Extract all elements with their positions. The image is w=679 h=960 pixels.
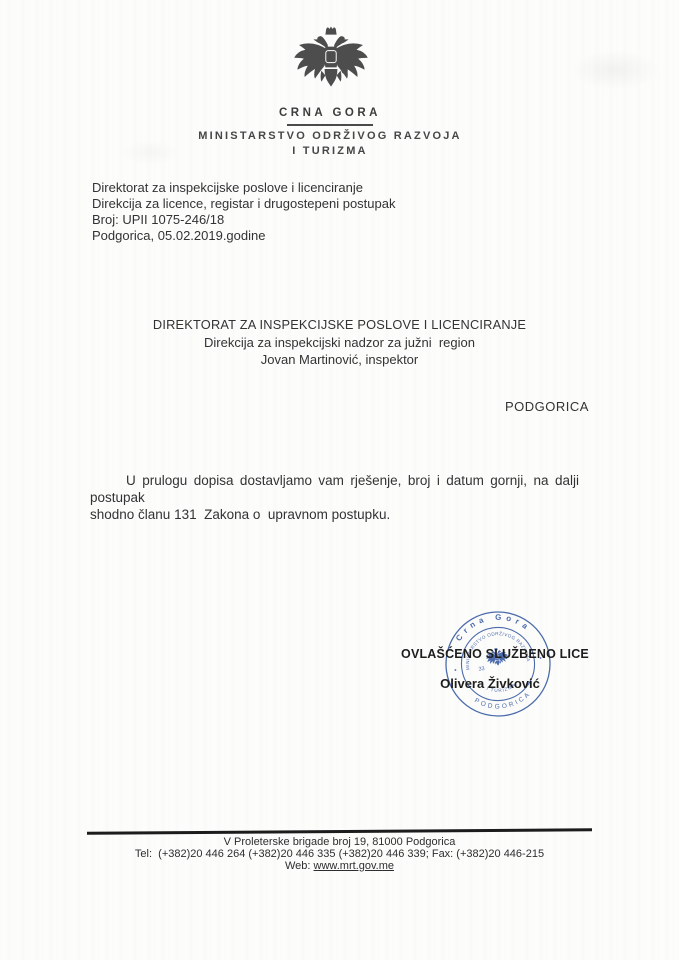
recipient-city: PODGORICA [505, 399, 589, 414]
svg-text:PODGORICA: PODGORICA [472, 689, 534, 714]
scan-smudge [570, 50, 660, 90]
stamp-city-text: PODGORICA [472, 689, 534, 714]
ministry-line1: MINISTARSTVO ODRŽIVOG RAZVOJA [155, 129, 505, 144]
case-number: Broj: UPII 1075-246/18 [92, 212, 396, 228]
place-and-date: Podgorica, 05.02.2019.godine [92, 228, 396, 244]
ministry-name: MINISTARSTVO ODRŽIVOG RAZVOJA I TURIZMA [155, 129, 505, 159]
letter-body: U prulogu dopisa dostavljamo vam rješenj… [90, 472, 579, 523]
ministry-round-stamp: Crna Gora PODGORICA MINISTARSTVO ODRŽIVO… [437, 603, 559, 725]
footer-web-label: Web: [285, 860, 310, 872]
scanned-letter-page: CRNA GORA MINISTARSTVO ODRŽIVOG RAZVOJA … [0, 0, 679, 960]
country-name: CRNA GORA [180, 107, 480, 119]
footer-web-link: www.mrt.gov.me [314, 860, 394, 872]
body-line2: shodno članu 131 Zakona o upravnom postu… [90, 506, 579, 523]
recipient-inspector: Jovan Martinović, inspektor [0, 351, 679, 369]
sender-direction: Direkcija za licence, registar i drugost… [92, 196, 396, 212]
recipient-directorate: DIREKTORAT ZA INSPEKCIJSKE POSLOVE I LIC… [0, 316, 679, 334]
footer-block: V Proleterske brigade broj 19, 81000 Pod… [0, 837, 679, 872]
body-line1: U prulogu dopisa dostavljamo vam rješenj… [90, 472, 579, 506]
stamp-country-text: Crna Gora [451, 608, 533, 644]
recipient-block: DIREKTORAT ZA INSPEKCIJSKE POSLOVE I LIC… [0, 316, 679, 369]
ministry-line2: I TURIZMA [155, 144, 505, 159]
header-divider [287, 124, 373, 126]
stamp-number: 33 [478, 666, 485, 673]
footer-web: Web: www.mrt.gov.me [0, 861, 679, 873]
svg-text:Crna Gora: Crna Gora [451, 608, 533, 644]
footer-divider [87, 828, 592, 834]
sender-directorate: Direktorat za inspekcijske poslove i lic… [92, 180, 396, 196]
coat-of-arms-icon [291, 24, 371, 98]
recipient-direction: Direkcija za inspekcijski nadzor za južn… [0, 334, 679, 352]
signature-title: OVLAŠĆENO SLUŽBENO LICE [400, 647, 590, 661]
signature-name: Olivera Živković [398, 676, 582, 691]
sender-block: Direktorat za inspekcijske poslove i lic… [92, 180, 396, 244]
